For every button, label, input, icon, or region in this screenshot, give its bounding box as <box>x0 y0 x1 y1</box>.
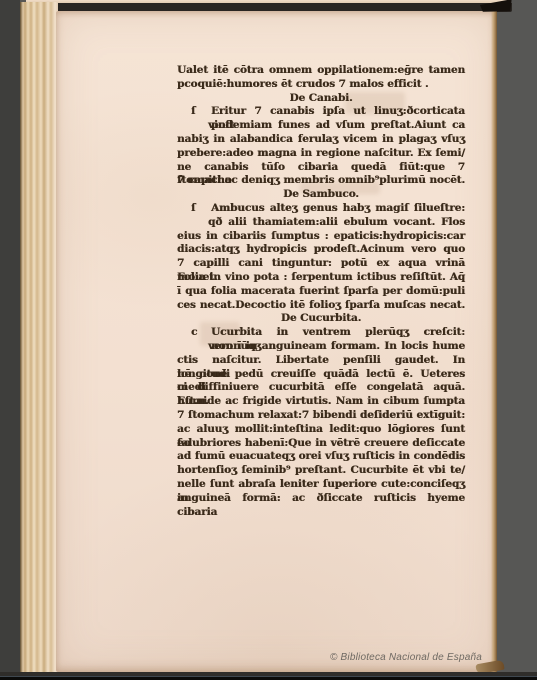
text-block: Ualet itē cōtra omnem oppilationem:eḡre … <box>177 64 465 506</box>
text-line: Folia in vino pota : ſerpentum ictibus r… <box>177 271 465 285</box>
text-line: hortenſioʒ ſeminib⁹ preſtant. Cucurbite … <box>177 464 465 478</box>
page-fore-edge-stack <box>20 2 58 674</box>
text-line: ſalubriores habenī:Que in vētrē creuere … <box>177 437 465 451</box>
text-line: eius in cibariis ſumptus : epaticis:hydr… <box>177 230 465 244</box>
text-line: qð alii thamiatem:alii ebulum vocant. Fl… <box>177 216 465 230</box>
paragraph-mark: c <box>191 326 197 340</box>
text-line: anguineā formā: ac ðſiccate ruſticis hye… <box>177 492 465 506</box>
text-line: nē nouē pedū creuiſſe quādā lectū ē. Uet… <box>177 368 465 382</box>
text-line: nabiʒ in alabandica ferulaʒ vicem in pla… <box>177 133 465 147</box>
text-line: ac aluuʒ mollit:inteſtina ledit:quo lōgi… <box>177 423 465 437</box>
chapter-heading: De Sambuco. <box>177 188 465 202</box>
text-line: pcoquiē:humores ēt crudos 7 malos effici… <box>177 78 465 92</box>
background-left <box>0 0 20 680</box>
text-line: ci diffiniuere cucurbitā eſſe congelatā … <box>177 381 465 395</box>
text-line: ſAmbucus alteʒ genus habʒ magiſ ſilueſtr… <box>177 202 465 216</box>
frame-bottom-line <box>0 676 537 677</box>
chapter-heading: De Canabi. <box>177 92 465 106</box>
text-line-content: Eritur 7 canabis ipſa ut linuʒ:ðcorticat… <box>211 105 465 133</box>
text-line: prebere:adeo magna in regione naſcitur. … <box>177 147 465 161</box>
text-line: ctis naſcitur. Libertate penſili gaudet.… <box>177 354 465 368</box>
text-line: humide ac frigide virtutis. Nam in cibum… <box>177 395 465 409</box>
text-line: 7 capiti:ac deniqʒ membris omnib⁹plurimū… <box>177 174 465 188</box>
text-line-content: Ucurbita in ventrem plerūqʒ creſcit: non… <box>211 326 465 354</box>
copyright-watermark: © Biblioteca Nacional de España <box>330 652 482 663</box>
book-scan-viewport: Ualet itē cōtra omnem oppilationem:eḡre … <box>0 0 537 680</box>
text-line: Ualet itē cōtra omnem oppilationem:eḡre … <box>177 64 465 78</box>
paragraph-mark: ſ <box>191 105 195 119</box>
text-line: 7 capilli cani tinguntur: potū ex aqua v… <box>177 257 465 271</box>
text-line-content: Ambucus alteʒ genus habʒ magiſ ſilueſtre… <box>211 202 465 216</box>
text-line: cUcurbita in ventrem plerūqʒ creſcit: no… <box>177 326 465 340</box>
text-line: 7 ſtomachum relaxat:7 bibendi deſideriū … <box>177 409 465 423</box>
text-line: ſEritur 7 canabis ipſa ut linuʒ:ðcortica… <box>177 105 465 119</box>
text-line: ad fumū euacuateqʒ orei vſuʒ ruſticis in… <box>177 450 465 464</box>
page-right-edge <box>491 11 497 672</box>
paragraph-mark: ſ <box>191 202 195 216</box>
text-line: nelle ſunt abraſa leniter ſuperiore cute… <box>177 478 465 492</box>
text-line: ī qua folia macerata fuerint ſparſa per … <box>177 285 465 299</box>
text-line: ces necat.Decoctio itē folioʒ ſparſa muſ… <box>177 299 465 313</box>
chapter-heading: De Cucurbita. <box>177 312 465 326</box>
text-line: diacis:atqʒ hydropicis prodeſt.Acinum ve… <box>177 243 465 257</box>
text-line: ne canabis tūſo cibaria quedā fiūt:que 7… <box>177 161 465 175</box>
